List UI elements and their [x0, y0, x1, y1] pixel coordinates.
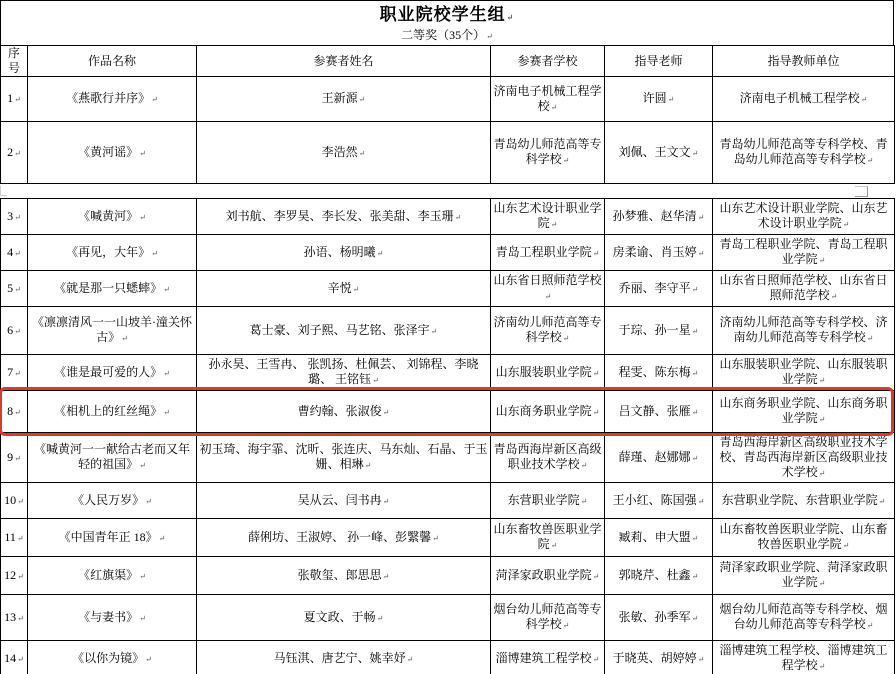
table-row: 1《燕歌行并序》王新源济南电子机械工程学校许圆济南电子机械工程学校 [1, 77, 895, 122]
teacher-unit-cell: 青岛幼儿师范高等专科学校、青岛幼儿师范高等专科学校 [713, 122, 895, 184]
table-resize-handle[interactable] [855, 186, 868, 197]
participants-cell: 张敬玺、郎思思 [197, 557, 491, 595]
teachers-cell: 臧莉、申大盟 [605, 519, 713, 557]
row-number-cell: 3 [1, 199, 28, 235]
table-row: 4《再见，大年》孙语、杨明曦青岛工程职业学院房柔谕、肖玉婷青岛工程职业学院、青岛… [1, 235, 895, 271]
participants-cell: 孙永昊、王雪冉、 张凯扬、杜佩芸、 刘锦程、李晓璐、 王铭钰 [197, 355, 491, 391]
participants-cell: 薛俐坊、王淑婷、 孙一峰、彭繄馨 [197, 519, 491, 557]
column-header-teachers: 指导老师 [605, 46, 713, 77]
work-title-cell: 《凛凛清风一一山坡羊·潼关怀古》 [28, 307, 197, 355]
participants-cell: 辛悦 [197, 271, 491, 307]
teacher-unit-cell: 烟台幼儿师范高等专科学校、烟台幼儿师范高等专科学校 [713, 595, 895, 641]
participants-cell: 刘书航、李罗昊、李长发、张美甜、李玉珊 [197, 199, 491, 235]
participants-cell: 夏文政、于畅 [197, 595, 491, 641]
school-cell: 济南幼儿师范高等专科学校 [491, 307, 605, 355]
table-row: 3《喊黄河》刘书航、李罗昊、李长发、张美甜、李玉珊山东艺术设计职业学院孙梦雅、赵… [1, 199, 895, 235]
work-title-cell: 《喊黄河一一献给古老而又年轻的祖国》 [28, 433, 197, 483]
teacher-unit-cell: 菏泽家政职业学院、菏泽家政职业学院 [713, 557, 895, 595]
teachers-cell: 于琮、孙一星 [605, 307, 713, 355]
table-row: 6《凛凛清风一一山坡羊·潼关怀古》葛士豪、刘子熙、马艺铭、张泽宇济南幼儿师范高等… [1, 307, 895, 355]
teachers-cell: 郭晓芹、杜鑫 [605, 557, 713, 595]
work-title-cell: 《喊黄河》 [28, 199, 197, 235]
column-header-work: 作品名称 [28, 46, 197, 77]
teachers-cell: 程雯、陈东梅 [605, 355, 713, 391]
work-title-cell: 《谁是最可爱的人》 [28, 355, 197, 391]
teachers-cell: 房柔谕、肖玉婷 [605, 235, 713, 271]
page-subtitle: 二等奖（35个） [401, 28, 493, 44]
table-row: 10《人民万岁》吴从云、闫书冉东营职业学院王小红、陈国强东营职业学院、东营职业学… [1, 483, 895, 519]
row-number-cell: 8 [1, 391, 28, 433]
table-row: 2《黄河谣》李浩然青岛幼儿师范高等专科学校刘佩、王文文青岛幼儿师范高等专科学校、… [1, 122, 895, 184]
school-cell: 山东艺术设计职业学院 [491, 199, 605, 235]
column-header-participants: 参赛者姓名 [197, 46, 491, 77]
table-row: 9《喊黄河一一献给古老而又年轻的祖国》初玉琦、海宇霏、沈昕、张连庆、马东灿、石晶… [1, 433, 895, 483]
table-row: 7《谁是最可爱的人》孙永昊、王雪冉、 张凯扬、杜佩芸、 刘锦程、李晓璐、 王铭钰… [1, 355, 895, 391]
teachers-cell: 于晓英、胡婷婷 [605, 641, 713, 674]
teacher-unit-cell: 淄博建筑工程学校、淄博建筑工程学校 [713, 641, 895, 674]
row-number-cell: 11 [1, 519, 28, 557]
school-cell: 菏泽家政职业学院 [491, 557, 605, 595]
teachers-cell: 张敏、孙季军 [605, 595, 713, 641]
work-title-cell: 《相机上的红丝绳》 [28, 391, 197, 433]
school-cell: 山东商务职业学院 [491, 391, 605, 433]
table-row: 11《中国青年正 18》薛俐坊、王淑婷、 孙一峰、彭繄馨山东畜牧兽医职业学院臧莉… [1, 519, 895, 557]
header-row: 序号 作品名称 参赛者姓名 参赛者学校 指导老师 指导教师单位 [1, 46, 895, 77]
teachers-cell: 吕文静、张雁 [605, 391, 713, 433]
table-row: 5《就是那一只蟋蟀》辛悦山东省日照师范学校乔丽、李守平山东省日照师范学校、山东省… [1, 271, 895, 307]
row-number-cell: 9 [1, 433, 28, 483]
row-number-cell: 5 [1, 271, 28, 307]
table-row: 13《与妻书》夏文政、于畅烟台幼儿师范高等专科学校张敏、孙季军烟台幼儿师范高等专… [1, 595, 895, 641]
teacher-unit-cell: 济南幼儿师范高等专科学校、济南幼儿师范高等专科学校 [713, 307, 895, 355]
school-cell: 山东畜牧兽医职业学院 [491, 519, 605, 557]
row-number-cell: 6 [1, 307, 28, 355]
column-header-no: 序号 [1, 46, 28, 77]
title-block: 职业院校学生组 二等奖（35个） [0, 0, 894, 45]
work-title-cell: 《与妻书》 [28, 595, 197, 641]
column-header-school: 参赛者学校 [491, 46, 605, 77]
school-cell: 烟台幼儿师范高等专科学校 [491, 595, 605, 641]
work-title-cell: 《以你为镜》 [28, 641, 197, 674]
school-cell: 青岛西海岸新区高级职业技术学校 [491, 433, 605, 483]
teacher-unit-cell: 山东畜牧兽医职业学院、山东畜牧兽医职业学院 [713, 519, 895, 557]
participants-cell: 葛士豪、刘子熙、马艺铭、张泽宇 [197, 307, 491, 355]
participants-cell: 李浩然 [197, 122, 491, 184]
table-row: 12《红旗渠》张敬玺、郎思思菏泽家政职业学院郭晓芹、杜鑫菏泽家政职业学院、菏泽家… [1, 557, 895, 595]
participants-cell: 马钰淇、唐艺宁、姚幸妤 [197, 641, 491, 674]
participants-cell: 吴从云、闫书冉 [197, 483, 491, 519]
row-number-cell: 2 [1, 122, 28, 184]
row-number-cell: 14 [1, 641, 28, 674]
teachers-cell: 王小红、陈国强 [605, 483, 713, 519]
teacher-unit-cell: 青岛西海岸新区高级职业技术学校、青岛西海岸新区高级职业技术学校 [713, 433, 895, 483]
table-row: 8《相机上的红丝绳》曹约翰、张淑俊山东商务职业学院吕文静、张雁山东商务职业学院、… [1, 391, 895, 433]
work-title-cell: 《红旗渠》 [28, 557, 197, 595]
participants-cell: 王新源 [197, 77, 491, 122]
school-cell: 青岛幼儿师范高等专科学校 [491, 122, 605, 184]
teacher-unit-cell: 青岛工程职业学院、青岛工程职业学院 [713, 235, 895, 271]
row-number-cell: 1 [1, 77, 28, 122]
column-header-teacher-unit: 指导教师单位 [713, 46, 895, 77]
row-number-cell: 7 [1, 355, 28, 391]
document-page: 职业院校学生组 二等奖（35个） 序号 作品名称 参赛者姓名 参赛者学校 指导老… [0, 0, 896, 674]
table-corner-mark [0, 186, 7, 196]
participants-cell: 曹约翰、张淑俊 [197, 391, 491, 433]
work-title-cell: 《人民万岁》 [28, 483, 197, 519]
award-table-section-1: 序号 作品名称 参赛者姓名 参赛者学校 指导老师 指导教师单位 1《燕歌行并序》… [0, 45, 895, 184]
teachers-cell: 乔丽、李守平 [605, 271, 713, 307]
teachers-cell: 刘佩、王文文 [605, 122, 713, 184]
row-number-cell: 13 [1, 595, 28, 641]
row-number-cell: 12 [1, 557, 28, 595]
row-number-cell: 4 [1, 235, 28, 271]
page-title: 职业院校学生组 [380, 4, 515, 28]
teacher-unit-cell: 济南电子机械工程学校 [713, 77, 895, 122]
work-title-cell: 《中国青年正 18》 [28, 519, 197, 557]
teacher-unit-cell: 山东商务职业学院、山东商务职业学院 [713, 391, 895, 433]
school-cell: 山东省日照师范学校 [491, 271, 605, 307]
teacher-unit-cell: 东营职业学院、东营职业学院 [713, 483, 895, 519]
teachers-cell: 许圆 [605, 77, 713, 122]
table-section-break [0, 184, 894, 198]
row-number-cell: 10 [1, 483, 28, 519]
teacher-unit-cell: 山东省日照师范学校、山东省日照师范学校 [713, 271, 895, 307]
table-row: 14《以你为镜》马钰淇、唐艺宁、姚幸妤淄博建筑工程学校于晓英、胡婷婷淄博建筑工程… [1, 641, 895, 674]
teachers-cell: 孙梦雅、赵华清 [605, 199, 713, 235]
participants-cell: 初玉琦、海宇霏、沈昕、张连庆、马东灿、石晶、于玉姗、相琳 [197, 433, 491, 483]
work-title-cell: 《燕歌行并序》 [28, 77, 197, 122]
school-cell: 淄博建筑工程学校 [491, 641, 605, 674]
work-title-cell: 《黄河谣》 [28, 122, 197, 184]
school-cell: 山东服装职业学院 [491, 355, 605, 391]
teachers-cell: 薛瑾、赵娜娜 [605, 433, 713, 483]
school-cell: 东营职业学院 [491, 483, 605, 519]
teacher-unit-cell: 山东服装职业学院、山东服装职业学院 [713, 355, 895, 391]
work-title-cell: 《就是那一只蟋蟀》 [28, 271, 197, 307]
award-table-section-2: 3《喊黄河》刘书航、李罗昊、李长发、张美甜、李玉珊山东艺术设计职业学院孙梦雅、赵… [0, 198, 895, 674]
participants-cell: 孙语、杨明曦 [197, 235, 491, 271]
teacher-unit-cell: 山东艺术设计职业学院、山东艺术设计职业学院 [713, 199, 895, 235]
school-cell: 青岛工程职业学院 [491, 235, 605, 271]
work-title-cell: 《再见，大年》 [28, 235, 197, 271]
school-cell: 济南电子机械工程学校 [491, 77, 605, 122]
